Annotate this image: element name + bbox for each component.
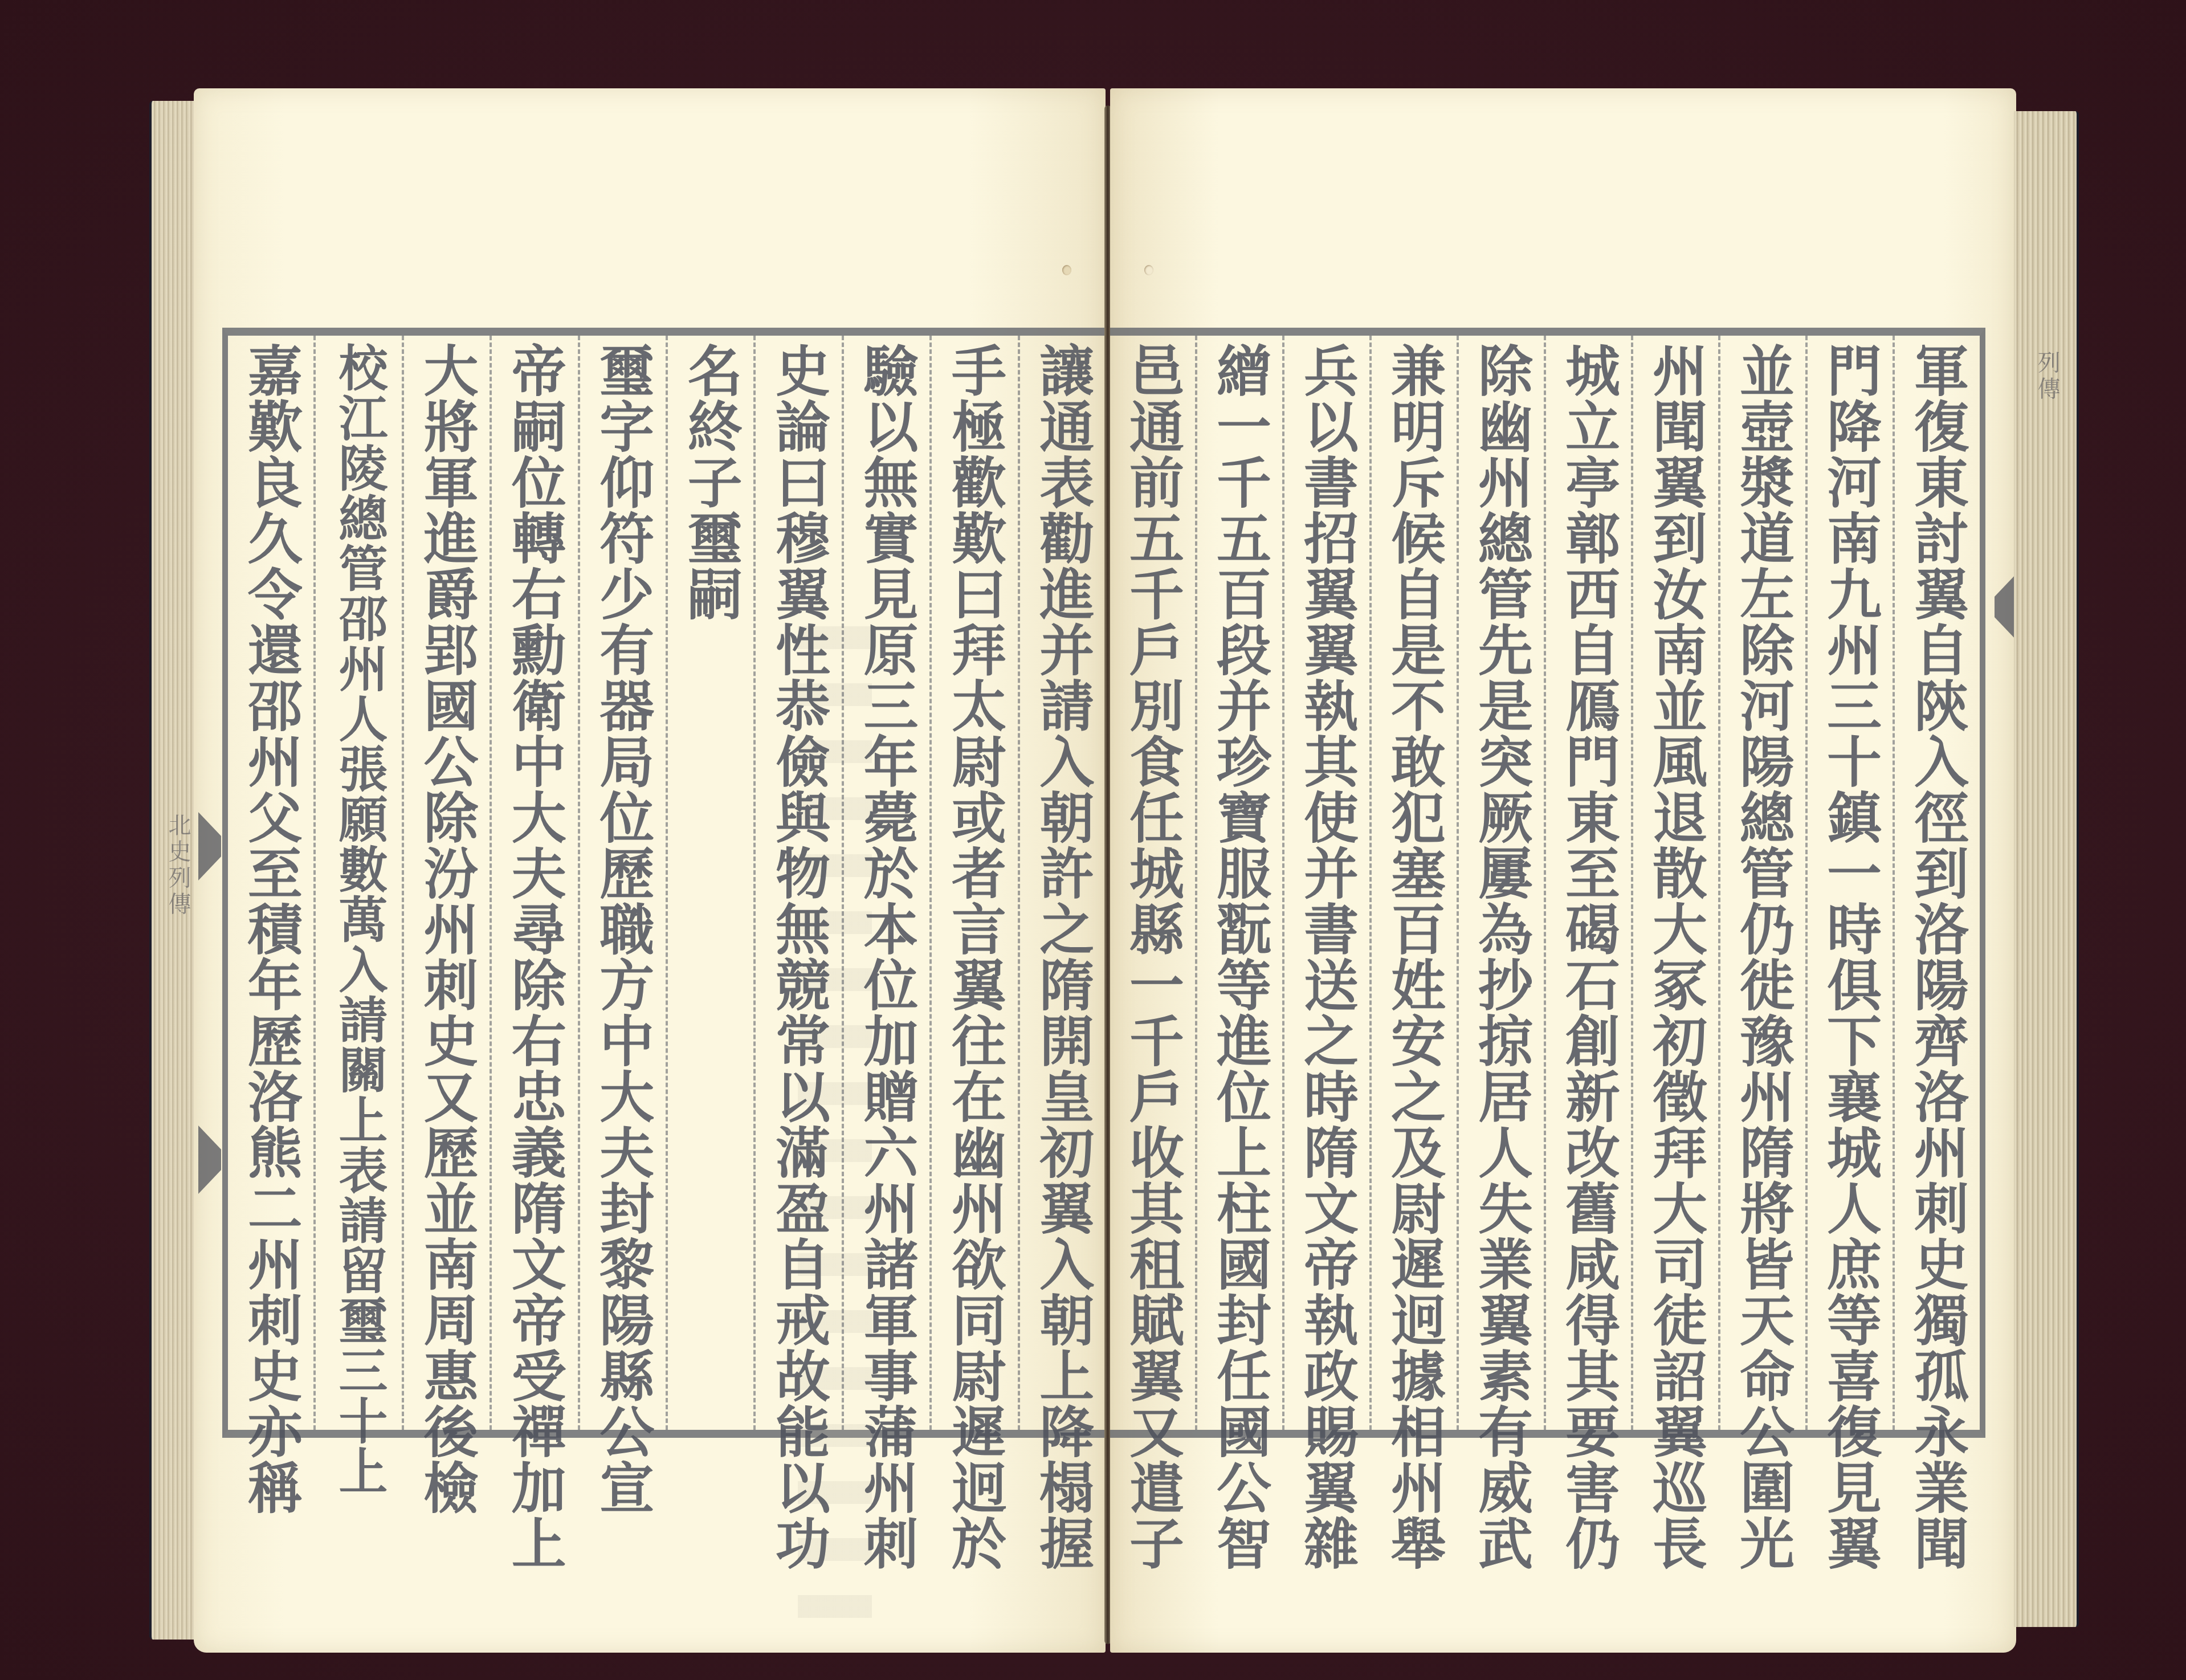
column-text: 嘉歎良久令還邵州父至積年歷洛熊二州刺史亦稱 (243, 342, 298, 1430)
column-text: 名終子璽嗣 (683, 342, 738, 1430)
right-text-frame: 軍復東討翼自陝入徑到洛陽齊洛州刺史獨孤永業聞 門降河南九州三十鎮一時俱下襄城人庶… (1110, 328, 1985, 1438)
column-text: 邑通前五千戶別食任城縣一千戶收其租賦翼又遣子 (1125, 342, 1180, 1430)
column-text: 璽字仰符少有器局位歷職方中大夫封黎陽縣公宣 (596, 342, 650, 1430)
column-text: 州聞翼到汝南並風退散大冢初徵拜大司徒詔翼巡長 (1649, 342, 1703, 1430)
right-page-stack-edge: 列傳 (2014, 111, 2079, 1627)
fold-marker-upper (198, 812, 221, 880)
right-column-2: 門降河南九州三十鎮一時俱下襄城人庶等喜復見翼 (1805, 336, 1893, 1430)
left-text-frame: 讓通表勸進并請入朝許之隋開皇初翼入朝上降榻握 手極歡歎曰拜太尉或者言翼往在幽州欲… (222, 328, 1106, 1438)
left-column-7: 帝嗣位轉右勳衛中大夫尋除右忠義隋文帝受禪加上 (490, 336, 577, 1430)
column-text: 手極歡歎曰拜太尉或者言翼往在幽州欲同尉遲迥於 (947, 342, 1002, 1430)
column-text: 城立亭鄣西自鴈門東至碣石創新改舊咸得其要害仍 (1561, 342, 1616, 1430)
column-text: 兼明斥候自是不敢犯塞百姓安之及尉遲迥據相州舉 (1387, 342, 1442, 1430)
column-text: 除幽州總管先是突厥屢為抄掠居人失業翼素有威武 (1474, 342, 1529, 1430)
right-page: 軍復東討翼自陝入徑到洛陽齊洛州刺史獨孤永業聞 門降河南九州三十鎮一時俱下襄城人庶… (1110, 88, 2016, 1653)
column-text: 繒一千五百段并珍寶服翫等進位上柱國封任國公智 (1213, 342, 1267, 1430)
left-column-4: 史論曰穆翼性恭儉與物無競常以滿盈自戒故能以功 (753, 336, 841, 1430)
right-column-5: 城立亭鄣西自鴈門東至碣石創新改舊咸得其要害仍 (1544, 336, 1631, 1430)
column-text: 兵以書招翼翼執其使并書送之時隋文帝執政賜翼雜 (1300, 342, 1355, 1430)
fold-marker-lower (198, 1126, 221, 1194)
binding-hole (1144, 265, 1153, 275)
left-column-6: 璽字仰符少有器局位歷職方中大夫封黎陽縣公宣 (578, 336, 666, 1430)
column-text: 並壺漿道左除河陽總管仍徙豫州隋將皆天命公圍光 (1736, 342, 1791, 1430)
right-column-9: 繒一千五百段并珍寶服翫等進位上柱國封任國公智 (1195, 336, 1282, 1430)
left-column-3: 驗以無實見原三年薨於本位加贈六州諸軍事蒲州刺 (842, 336, 929, 1430)
right-column-6: 除幽州總管先是突厥屢為抄掠居人失業翼素有威武 (1457, 336, 1544, 1430)
column-text: 大將軍進爵郢國公除汾州刺史又歷並南周惠後檢 (419, 342, 474, 1430)
left-column-5: 名終子璽嗣 (666, 336, 753, 1430)
left-column-2: 手極歡歎曰拜太尉或者言翼往在幽州欲同尉遲迥於 (929, 336, 1017, 1430)
right-column-4: 州聞翼到汝南並風退散大冢初徵拜大司徒詔翼巡長 (1631, 336, 1718, 1430)
right-column-8: 兵以書招翼翼執其使并書送之時隋文帝執政賜翼雜 (1282, 336, 1369, 1430)
right-column-3: 並壺漿道左除河陽總管仍徙豫州隋將皆天命公圍光 (1718, 336, 1805, 1430)
column-text: 讓通表勸進并請入朝許之隋開皇初翼入朝上降榻握 (1035, 342, 1090, 1430)
right-column-10: 邑通前五千戶別食任城縣一千戶收其租賦翼又遣子 (1110, 336, 1195, 1430)
column-text: 帝嗣位轉右勳衛中大夫尋除右忠義隋文帝受禪加上 (507, 342, 562, 1430)
left-column-8: 大將軍進爵郢國公除汾州刺史又歷並南周惠後檢 (402, 336, 490, 1430)
column-text: 軍復東討翼自陝入徑到洛陽齊洛州刺史獨孤永業聞 (1910, 342, 1965, 1430)
left-page: 讓通表勸進并請入朝許之隋開皇初翼入朝上降榻握 手極歡歎曰拜太尉或者言翼往在幽州欲… (194, 88, 1106, 1653)
left-page-stack-edge: 北史列傳 (149, 101, 196, 1640)
right-column-7: 兼明斥候自是不敢犯塞百姓安之及尉遲迥據相州舉 (1369, 336, 1457, 1430)
left-edge-title: 北史列傳 (162, 813, 194, 918)
column-text: 校江陵總管邵州人張願數萬入請關上表請留璽三十上 (335, 342, 384, 1430)
left-column-10: 嘉歎良久令還邵州父至積年歷洛熊二州刺史亦稱 (228, 336, 313, 1430)
open-book: 北史列傳 讓通表勸進并請入朝許之隋開皇初翼入朝上降榻握 手極歡歎曰拜太尉或者言翼… (149, 88, 2079, 1653)
binding-hole (1062, 265, 1071, 275)
right-edge-title: 列傳 (2031, 350, 2063, 403)
column-text: 驗以無實見原三年薨於本位加贈六州諸軍事蒲州刺 (859, 342, 914, 1430)
column-text: 門降河南九州三十鎮一時俱下襄城人庶等喜復見翼 (1823, 342, 1878, 1430)
left-column-9: 校江陵總管邵州人張願數萬入請關上表請留璽三十上 (313, 336, 401, 1430)
right-column-1: 軍復東討翼自陝入徑到洛陽齊洛州刺史獨孤永業聞 (1893, 336, 1980, 1430)
left-column-1: 讓通表勸進并請入朝許之隋開皇初翼入朝上降榻握 (1018, 336, 1106, 1430)
column-text: 史論曰穆翼性恭儉與物無競常以滿盈自戒故能以功 (772, 342, 826, 1430)
